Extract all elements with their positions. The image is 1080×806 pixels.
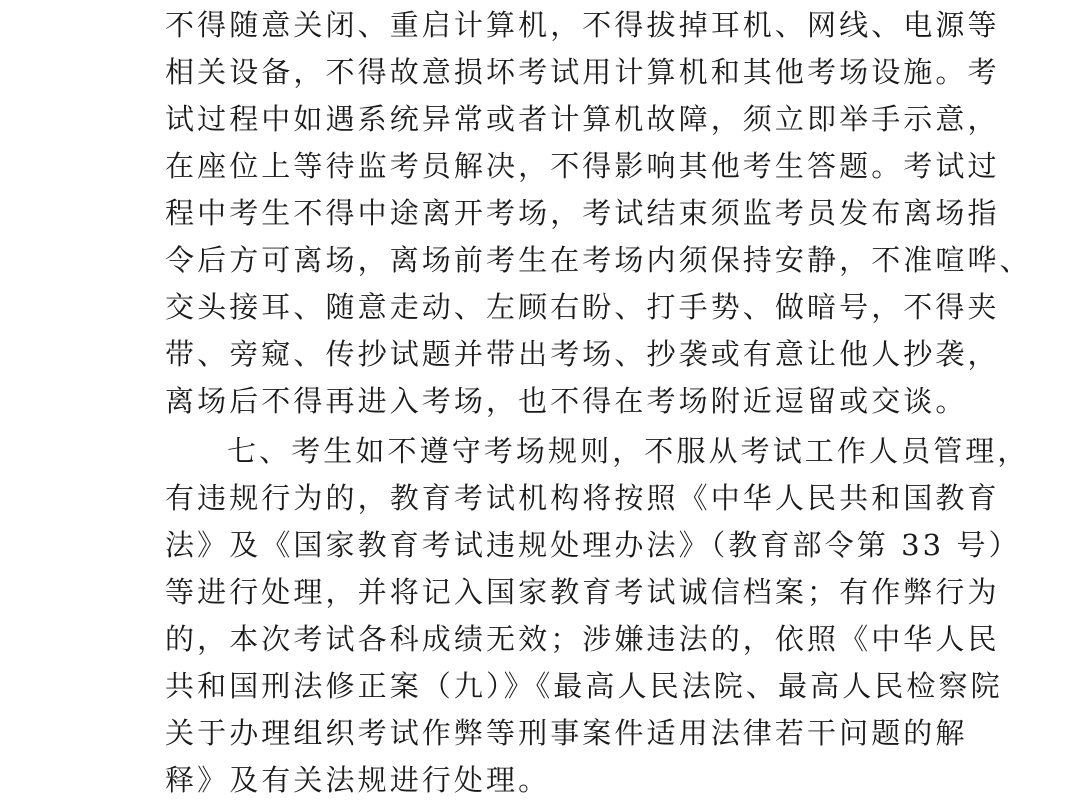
text-line: 离场后不得再进入考场，也不得在考场附近逗留或交谈。 (165, 378, 917, 425)
text-line: 交头接耳、随意走动、左顾右盼、打手势、做暗号，不得夹 (165, 284, 917, 331)
document-page: 不得随意关闭、重启计算机，不得拔掉耳机、网线、电源等 相关设备，不得故意损坏考试… (0, 0, 1080, 806)
text-line: 释》及有关法规进行处理。 (165, 757, 917, 804)
document-body: 不得随意关闭、重启计算机，不得拔掉耳机、网线、电源等 相关设备，不得故意损坏考试… (165, 2, 917, 804)
text-line: 不得随意关闭、重启计算机，不得拔掉耳机、网线、电源等 (165, 2, 917, 49)
paragraph-rule-7: 七、考生如不遵守考场规则，不服从考试工作人员管理， 有违规行为的，教育考试机构将… (165, 428, 917, 804)
paragraph-first-line: 七、考生如不遵守考场规则，不服从考试工作人员管理， (165, 428, 917, 475)
paragraph-rule-6-continued: 不得随意关闭、重启计算机，不得拔掉耳机、网线、电源等 相关设备，不得故意损坏考试… (165, 2, 917, 425)
text-line: 令后方可离场，离场前考生在考场内须保持安静，不准喧哗、 (165, 237, 917, 284)
text-line: 关于办理组织考试作弊等刑事案件适用法律若干问题的解 (165, 710, 917, 757)
text-line: 共和国刑法修正案（九）》《最高人民法院、最高人民检察院 (165, 663, 917, 710)
text-line: 有违规行为的，教育考试机构将按照《中华人民共和国教育 (165, 475, 917, 522)
text-line: 带、旁窥、传抄试题并带出考场、抄袭或有意让他人抄袭， (165, 331, 917, 378)
text-line: 在座位上等待监考员解决，不得影响其他考生答题。考试过 (165, 143, 917, 190)
text-line: 法》及《国家教育考试违规处理办法》（教育部令第 33 号） (165, 522, 917, 569)
text-line: 等进行处理，并将记入国家教育考试诚信档案；有作弊行为 (165, 569, 917, 616)
text-line: 程中考生不得中途离开考场，考试结束须监考员发布离场指 (165, 190, 917, 237)
text-line: 的，本次考试各科成绩无效；涉嫌违法的，依照《中华人民 (165, 616, 917, 663)
text-line: 试过程中如遇系统异常或者计算机故障，须立即举手示意， (165, 96, 917, 143)
text-line: 相关设备，不得故意损坏考试用计算机和其他考场设施。考 (165, 49, 917, 96)
